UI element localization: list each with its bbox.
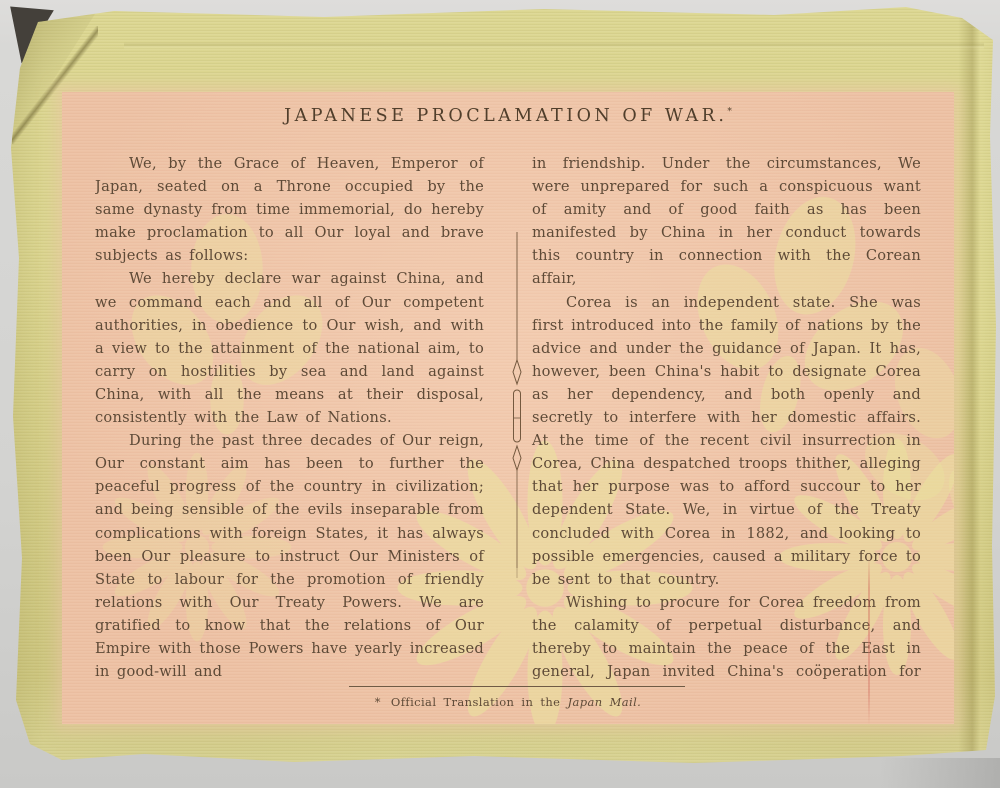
paragraph: We hereby declare war against China, and… [95, 267, 484, 429]
title-footnote-marker: * [727, 107, 732, 117]
paragraph: in friendship. Under the circumstances, … [532, 152, 921, 291]
paragraph: Wishing to procure for Corea freedom fro… [532, 591, 921, 680]
footnote-rule [349, 686, 685, 687]
right-column: in friendship. Under the circumstances, … [532, 152, 921, 680]
footnote-source: Japan Mail. [567, 695, 641, 709]
printed-panel: JAPANESE PROCLAMATION OF WAR.* We, by th… [62, 92, 954, 724]
footnote-text: Official Translation in the [391, 695, 560, 709]
fabric-crease [124, 40, 984, 50]
text-columns: We, by the Grace of Heaven, Emperor of J… [95, 152, 921, 680]
footnote-symbol: * [375, 695, 381, 709]
photo-backdrop: JAPANESE PROCLAMATION OF WAR.* We, by th… [0, 0, 1000, 788]
silk-fabric-sheet: JAPANESE PROCLAMATION OF WAR.* We, by th… [4, 6, 996, 768]
paragraph: During the past three decades of Our rei… [95, 429, 484, 680]
left-column: We, by the Grace of Heaven, Emperor of J… [95, 152, 484, 680]
paragraph: We, by the Grace of Heaven, Emperor of J… [95, 152, 484, 267]
document-title-text: JAPANESE PROCLAMATION OF WAR. [284, 106, 727, 126]
footnote: *Official Translation in the Japan Mail. [62, 695, 954, 709]
backdrop-shadow [880, 758, 1000, 788]
document-title: JAPANESE PROCLAMATION OF WAR.* [62, 106, 954, 126]
paragraph: Corea is an independent state. She was f… [532, 291, 921, 591]
